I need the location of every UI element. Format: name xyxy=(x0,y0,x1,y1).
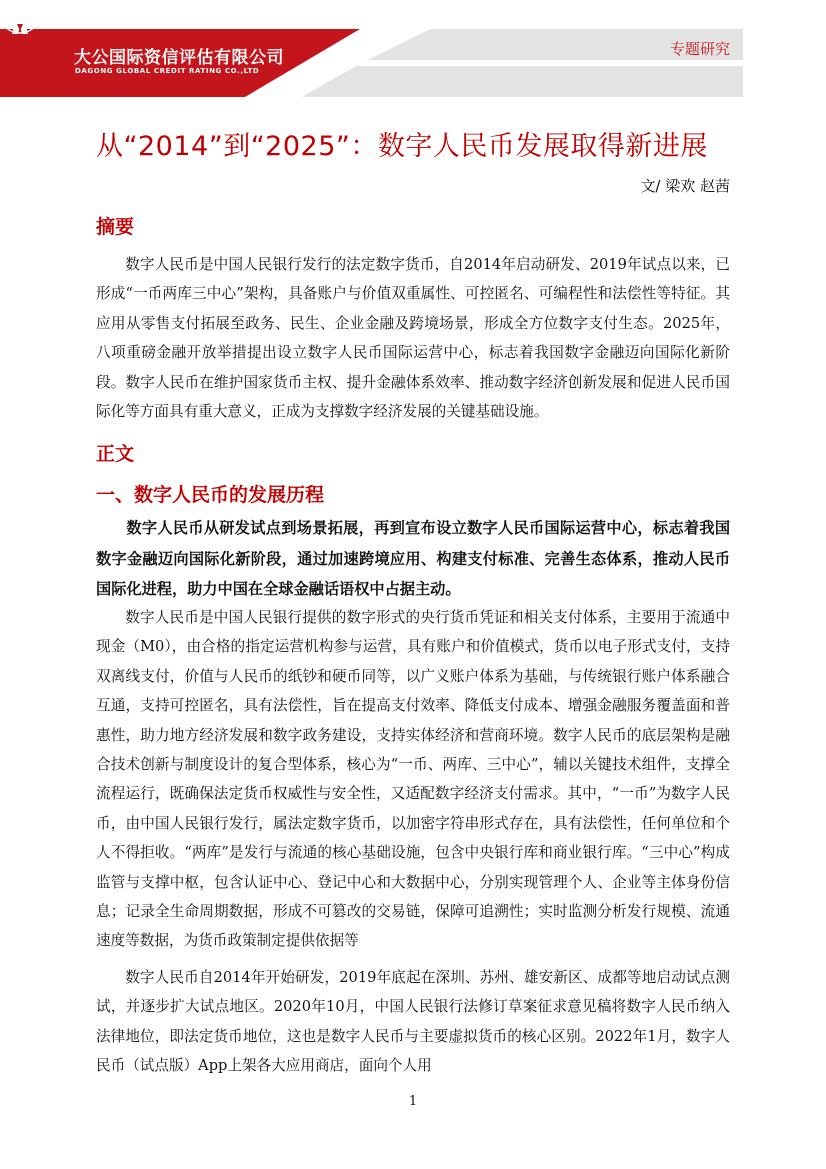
company-name-en: DAGONG GLOBAL CREDIT RATING CO.,LTD xyxy=(75,67,259,75)
section-1-paragraph-2: 数字人民币自2014年开始研发，2019年底起在深圳、苏州、雄安新区、成都等地启… xyxy=(96,963,730,1081)
dagong-globe-logo-icon xyxy=(0,0,40,36)
section-1-lead-paragraph: 数字人民币从研发试点到场景拓展，再到宣布设立数字人民币国际运营中心，标志着我国数… xyxy=(96,513,730,605)
page-number: 1 xyxy=(0,1094,826,1109)
section-1-heading: 一、数字人民币的发展历程 xyxy=(96,480,324,507)
category-tag: 专题研究 xyxy=(670,38,730,59)
document-title: 从“2014”到“2025”：数字人民币发展取得新进展 xyxy=(96,124,736,163)
authors-line: 文/ 梁欢 赵茜 xyxy=(640,175,730,196)
company-name-cn: 大公国际资信评估有限公司 xyxy=(74,43,284,68)
section-1-paragraph-1: 数字人民币是中国人民银行提供的数字形式的央行货币凭证和相关支付体系，主要用于流通… xyxy=(96,603,730,956)
abstract-paragraph: 数字人民币是中国人民银行发行的法定数字货币，自2014年启动研发、2019年试点… xyxy=(96,250,730,426)
abstract-heading: 摘要 xyxy=(96,212,134,239)
page-header: 大公国际资信评估有限公司 DAGONG GLOBAL CREDIT RATING… xyxy=(0,0,826,110)
body-heading: 正文 xyxy=(96,439,134,466)
